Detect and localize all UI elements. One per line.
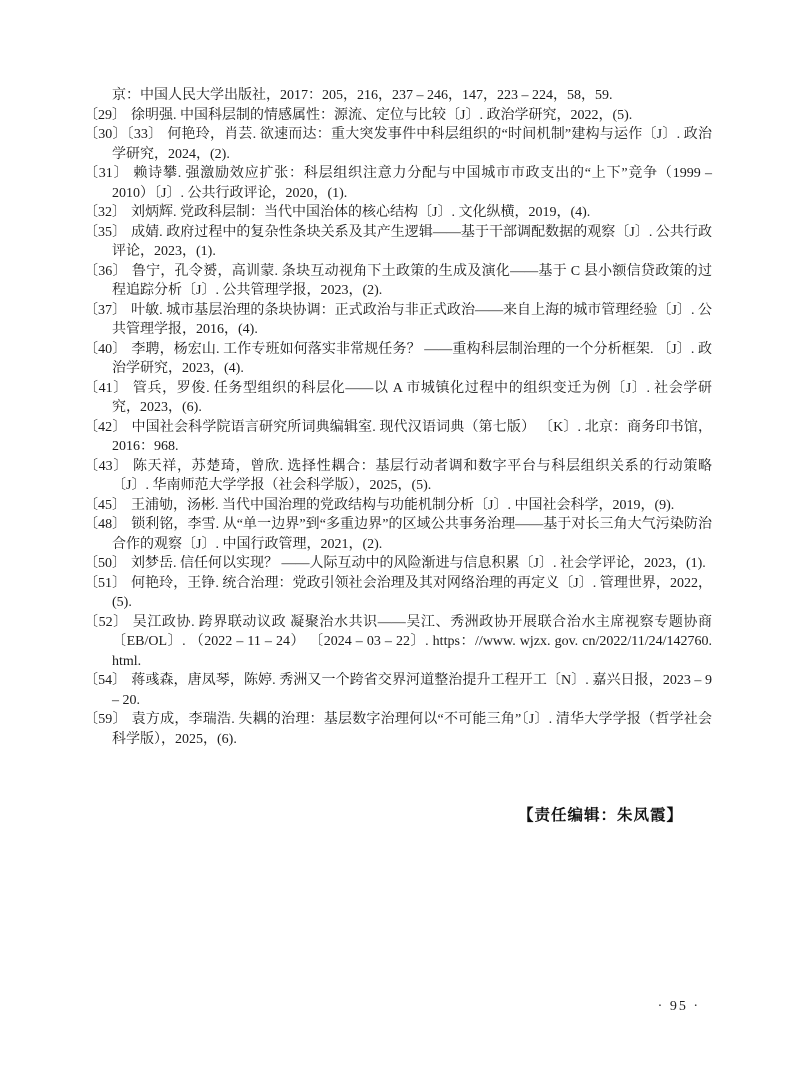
reference-label: 〔48〕 [84, 517, 126, 532]
reference-text: 何艳玲，肖芸. 欲速而达：重大突发事件中科层组织的“时间机制”建构与运作〔J〕.… [112, 127, 712, 162]
reference-text: 成婧. 政府过程中的复杂性条块关系及其产生逻辑——基于干部调配数据的观察〔J〕.… [112, 225, 712, 260]
reference-label: 〔32〕 [84, 205, 126, 220]
reference-text: 刘炳辉. 党政科层制：当代中国治体的核心结构〔J〕. 文化纵横，2019，(4)… [131, 205, 590, 220]
reference-text: 王浦劬，汤彬. 当代中国治理的党政结构与功能机制分析〔J〕. 中国社会科学，20… [131, 498, 674, 513]
reference-label: 〔42〕 [84, 420, 127, 435]
reference-text: 赖诗攀. 强激励效应扩张：科层组织注意力分配与中国城市市政支出的“上下”竞争（1… [112, 166, 712, 201]
reference-label: 〔51〕 [84, 576, 126, 591]
reference-entry: 〔31〕赖诗攀. 强激励效应扩张：科层组织注意力分配与中国城市市政支出的“上下”… [84, 164, 712, 203]
reference-label: 〔45〕 [84, 498, 126, 513]
reference-label: 〔40〕 [84, 342, 126, 357]
reference-entry: 京：中国人民大学出版社，2017：205，216，237 – 246，147，2… [84, 86, 712, 106]
reference-text: 叶敏. 城市基层治理的条块协调：正式政治与非正式政治——来自上海的城市管理经验〔… [112, 303, 712, 338]
reference-text: 吴江政协. 跨界联动议政 凝聚治水共识——吴江、秀洲政协开展联合治水主席视察专题… [112, 615, 712, 669]
reference-entry: 〔52〕吴江政协. 跨界联动议政 凝聚治水共识——吴江、秀洲政协开展联合治水主席… [84, 613, 712, 672]
reference-label: 〔35〕 [84, 225, 126, 240]
reference-label: 〔30〕〔33〕 [84, 127, 162, 142]
reference-label: 〔36〕 [84, 264, 127, 279]
reference-label: 〔37〕 [84, 303, 126, 318]
reference-entry: 〔35〕成婧. 政府过程中的复杂性条块关系及其产生逻辑——基于干部调配数据的观察… [84, 223, 712, 262]
reference-entry: 〔41〕管兵，罗俊. 任务型组织的科层化——以 A 市城镇化过程中的组织变迁为例… [84, 379, 712, 418]
reference-entry: 〔32〕刘炳辉. 党政科层制：当代中国治体的核心结构〔J〕. 文化纵横，2019… [84, 203, 712, 223]
reference-entry: 〔37〕叶敏. 城市基层治理的条块协调：正式政治与非正式政治——来自上海的城市管… [84, 301, 712, 340]
reference-entry: 〔43〕陈天祥，苏楚琦，曾欣. 选择性耦合：基层行动者调和数字平台与科层组织关系… [84, 457, 712, 496]
reference-entry: 〔50〕刘梦岳. 信任何以实现？ ——人际互动中的风险渐进与信息积累〔J〕. 社… [84, 554, 712, 574]
reference-entry: 〔29〕徐明强. 中国科层制的情感属性：源流、定位与比较〔J〕. 政治学研究，2… [84, 106, 712, 126]
reference-label: 〔54〕 [84, 673, 126, 688]
editor-credit: 【责任编辑：朱凤霞】 [518, 803, 683, 825]
reference-entry: 〔51〕何艳玲，王铮. 统合治理：党政引领社会治理及其对网络治理的再定义〔J〕.… [84, 574, 712, 613]
paper-page: 京：中国人民大学出版社，2017：205，216，237 – 246，147，2… [0, 0, 793, 1077]
reference-text: 锁利铭，李雪. 从“单一边界”到“多重边界”的区域公共事务治理——基于对长三角大… [112, 517, 712, 552]
reference-list: 京：中国人民大学出版社，2017：205，216，237 – 246，147，2… [84, 86, 712, 749]
reference-entry: 〔48〕锁利铭，李雪. 从“单一边界”到“多重边界”的区域公共事务治理——基于对… [84, 515, 712, 554]
reference-label: 〔43〕 [84, 459, 128, 474]
reference-text: 陈天祥，苏楚琦，曾欣. 选择性耦合：基层行动者调和数字平台与科层组织关系的行动策… [112, 459, 712, 494]
reference-entry: 〔40〕李聘，杨宏山. 工作专班如何落实非常规任务？ ——重构科层制治理的一个分… [84, 340, 712, 379]
reference-text: 中国社会科学院语言研究所词典编辑室. 现代汉语词典（第七版） 〔K〕. 北京：商… [112, 420, 712, 455]
reference-text: 管兵，罗俊. 任务型组织的科层化——以 A 市城镇化过程中的组织变迁为例〔J〕.… [112, 381, 712, 416]
reference-entry: 〔54〕蒋彧森，唐凤琴，陈婷. 秀洲又一个跨省交界河道整治提升工程开工〔N〕. … [84, 671, 712, 710]
reference-text: 刘梦岳. 信任何以实现？ ——人际互动中的风险渐进与信息积累〔J〕. 社会学评论… [131, 556, 706, 571]
reference-text: 蒋彧森，唐凤琴，陈婷. 秀洲又一个跨省交界河道整治提升工程开工〔N〕. 嘉兴日报… [112, 673, 712, 708]
page-number: · 95 · [658, 999, 700, 1015]
reference-entry: 〔36〕鲁宁，孔令赟，高训蒙. 条块互动视角下土政策的生成及演化——基于 C 县… [84, 262, 712, 301]
reference-text: 鲁宁，孔令赟，高训蒙. 条块互动视角下土政策的生成及演化——基于 C 县小额信贷… [112, 264, 712, 299]
reference-text: 京：中国人民大学出版社，2017：205，216，237 – 246，147，2… [112, 88, 613, 103]
reference-text: 徐明强. 中国科层制的情感属性：源流、定位与比较〔J〕. 政治学研究，2022，… [131, 108, 632, 123]
reference-text: 袁方成，李瑞浩. 失耦的治理：基层数字治理何以“不可能三角”〔J〕. 清华大学学… [112, 712, 712, 747]
reference-entry: 〔59〕袁方成，李瑞浩. 失耦的治理：基层数字治理何以“不可能三角”〔J〕. 清… [84, 710, 712, 749]
reference-entry: 〔45〕王浦劬，汤彬. 当代中国治理的党政结构与功能机制分析〔J〕. 中国社会科… [84, 496, 712, 516]
reference-label: 〔41〕 [84, 381, 128, 396]
reference-text: 何艳玲，王铮. 统合治理：党政引领社会治理及其对网络治理的再定义〔J〕. 管理世… [112, 576, 712, 611]
reference-entry: 〔42〕中国社会科学院语言研究所词典编辑室. 现代汉语词典（第七版） 〔K〕. … [84, 418, 712, 457]
reference-entry: 〔30〕〔33〕何艳玲，肖芸. 欲速而达：重大突发事件中科层组织的“时间机制”建… [84, 125, 712, 164]
reference-text: 李聘，杨宏山. 工作专班如何落实非常规任务？ ——重构科层制治理的一个分析框架.… [112, 342, 712, 377]
reference-label: 〔50〕 [84, 556, 126, 571]
reference-label: 〔52〕 [84, 615, 128, 630]
reference-label: 〔29〕 [84, 108, 126, 123]
reference-label: 〔31〕 [84, 166, 128, 181]
reference-label: 〔59〕 [84, 712, 127, 727]
